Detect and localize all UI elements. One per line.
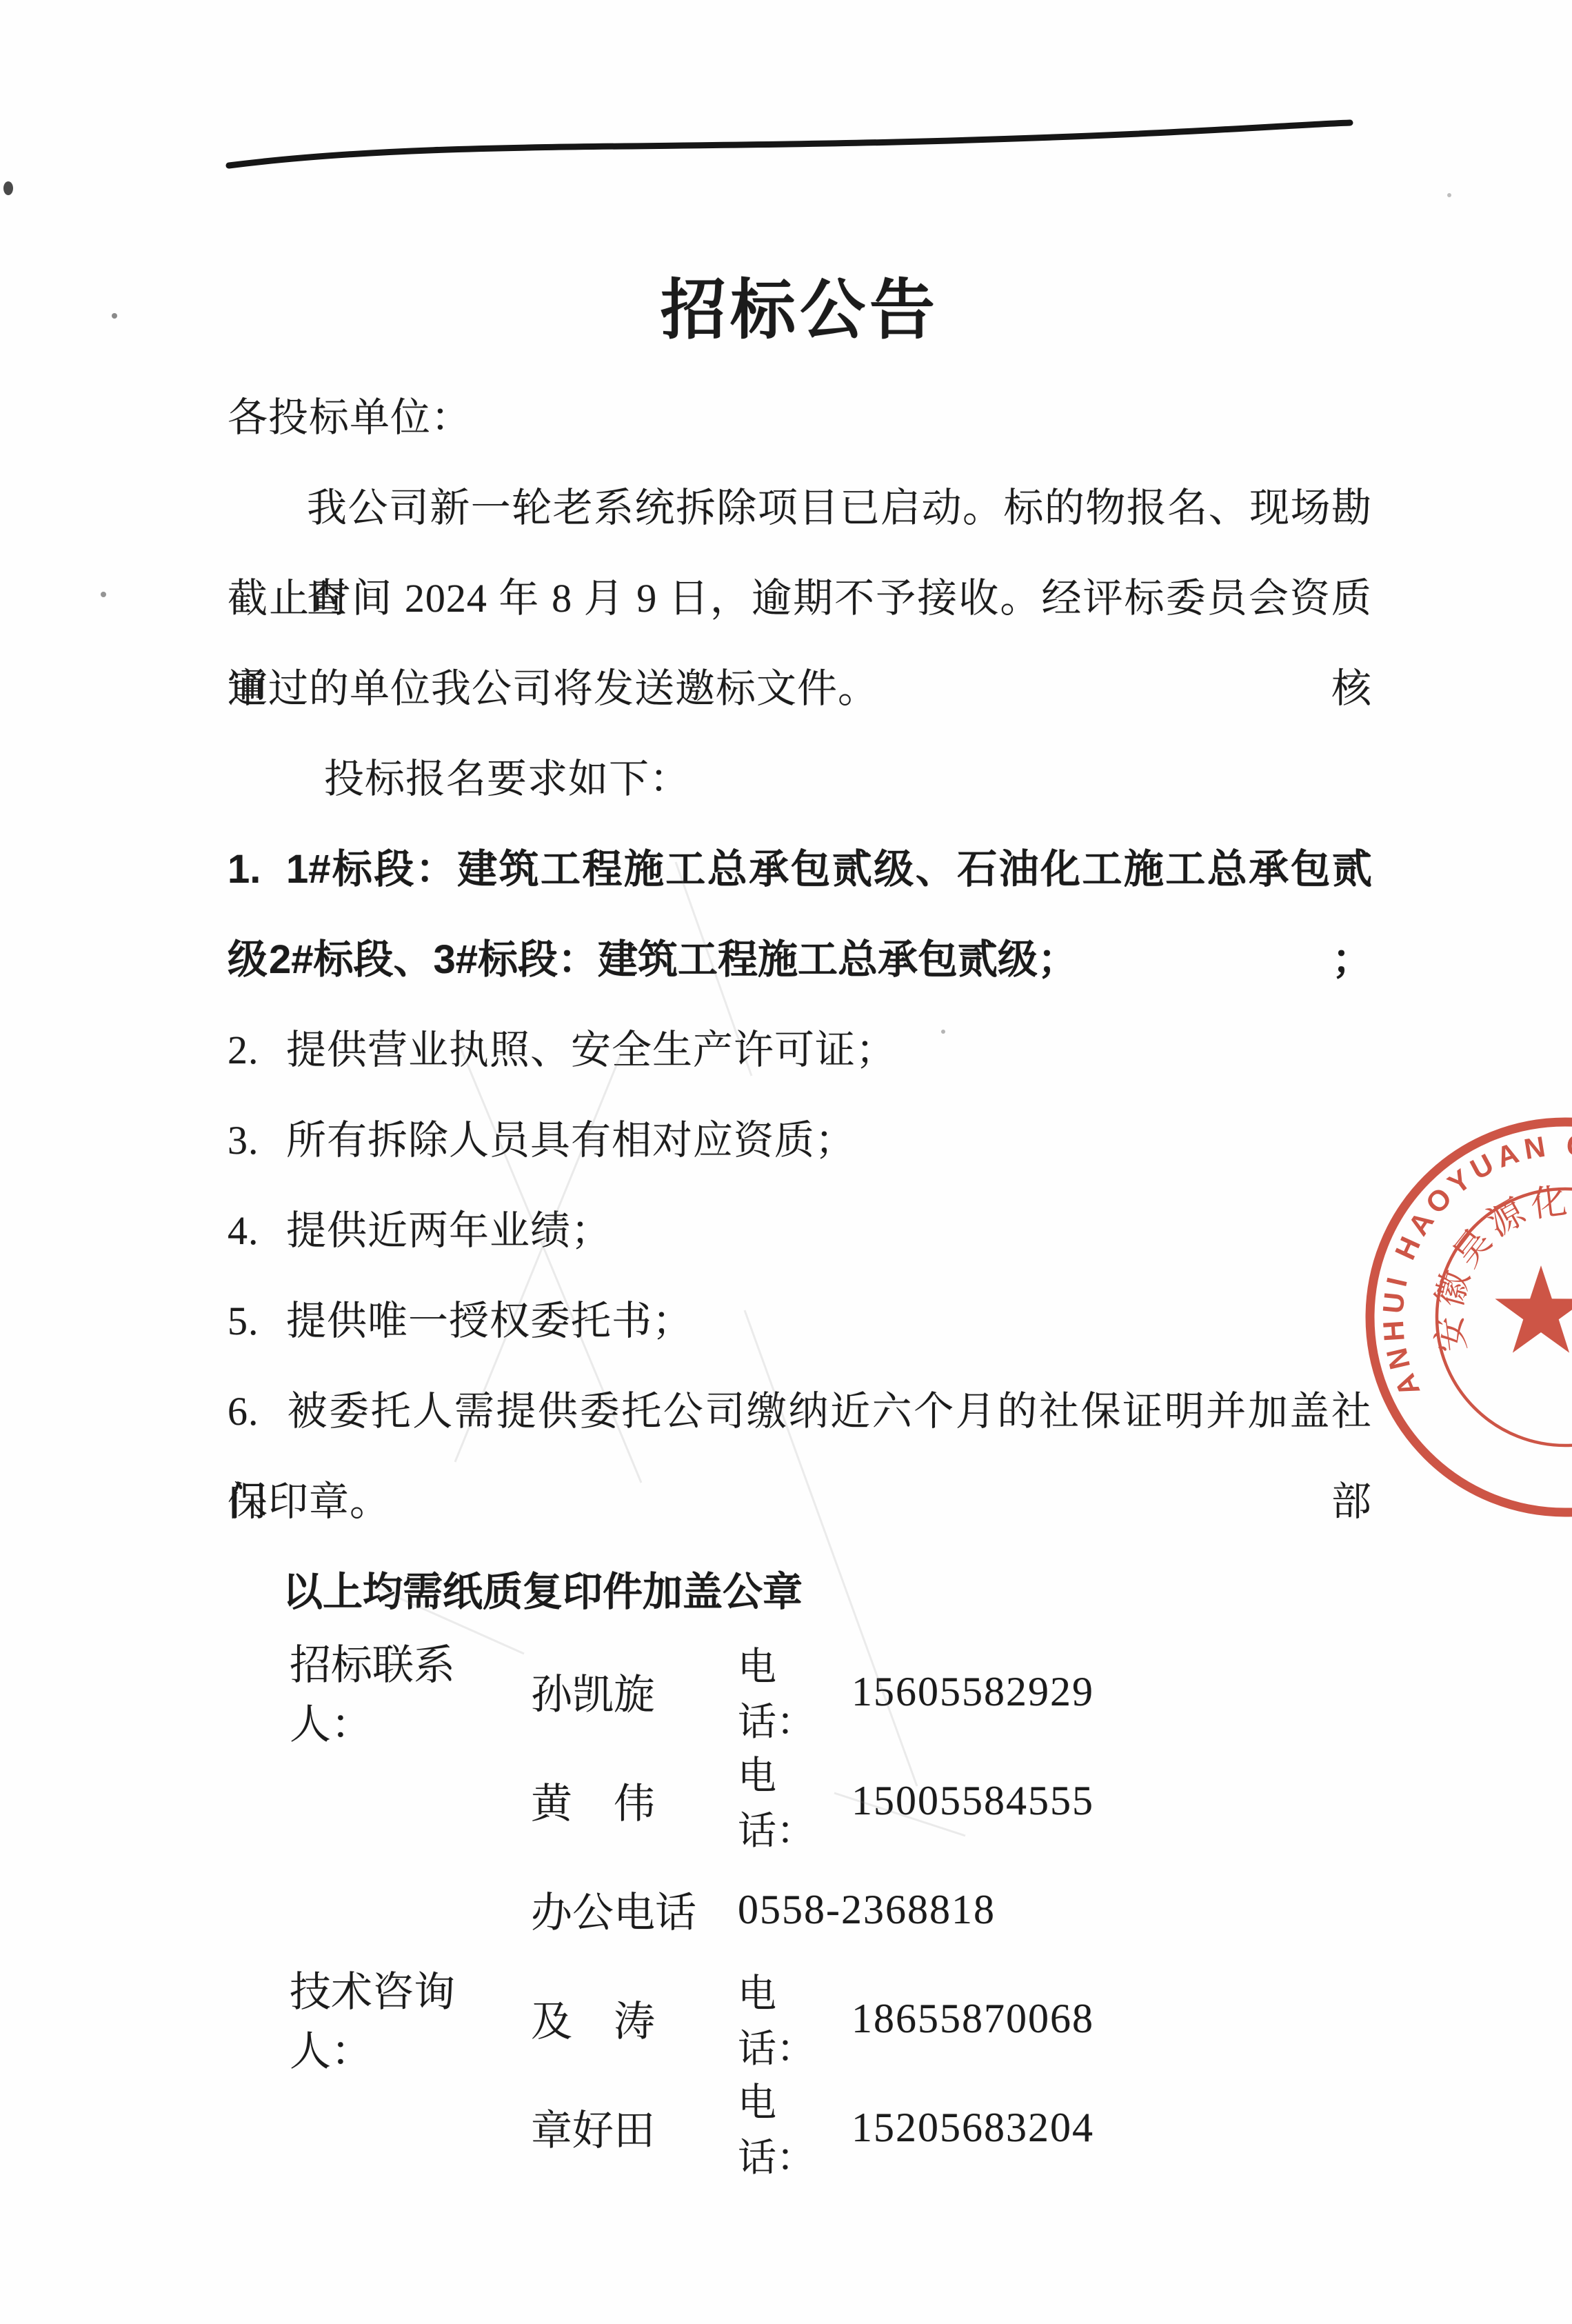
item-number: 5.: [228, 1276, 286, 1366]
list-item: 6.被委托人需提供委托公司缴纳近六个月的社保证明并加盖社保部: [228, 1366, 1372, 1456]
contact-phone-label: 电话：: [738, 1745, 851, 1856]
contact-row: 招标联系人：孙凯旋电话：15605582929: [228, 1637, 1372, 1746]
contact-row: 技术咨询人：及 涛电话：18655870068: [228, 1964, 1372, 2073]
contact-phone-number: 0558-2368818: [738, 1886, 996, 1934]
contact-phone-label: 电话：: [738, 1963, 851, 2074]
item-number: 3.: [228, 1095, 286, 1185]
requirements-heading: 投标报名要求如下：: [228, 734, 1372, 824]
item-text: 提供唯一授权委托书；: [286, 1299, 693, 1343]
note-line: 以上均需纸质复印件加盖公章: [228, 1547, 1372, 1637]
page-title: 招标公告: [228, 259, 1372, 372]
list-item: 5.提供唯一授权委托书；: [228, 1276, 1372, 1366]
list-item: 2.提供营业执照、安全生产许可证；: [228, 1005, 1372, 1095]
document-body: 招标公告 各投标单位： 我公司新一轮老系统拆除项目已启动。标的物报名、现场勘查 …: [228, 259, 1372, 2182]
item-text: 提供营业执照、安全生产许可证；: [286, 1028, 896, 1072]
item-text: 2#标段、3#标段：建筑工程施工总承包贰级；: [269, 937, 1078, 982]
intro-line: 截止时间 2024 年 8 月 9 日，逾期不予接收。经评标委员会资质审核: [228, 553, 1372, 643]
contact-name: 黄 伟: [531, 1771, 738, 1830]
contact-phone-number: 15205683204: [851, 2104, 1094, 2152]
contact-phone-label: 电话：: [738, 1636, 851, 1747]
requirements-list: 1.1#标段：建筑工程施工总承包贰级、石油化工施工总承包贰级；2#标段、3#标段…: [228, 824, 1372, 1547]
contact-label: 招标联系人：: [290, 1632, 531, 1751]
item-number: 6.: [228, 1366, 286, 1456]
list-item: 1.1#标段：建筑工程施工总承包贰级、石油化工施工总承包贰级；: [228, 824, 1372, 914]
contact-label: 技术咨询人：: [290, 1959, 531, 2078]
contact-phone-number: 15605582929: [851, 1668, 1094, 1716]
contact-name: 办公电话: [531, 1880, 738, 1939]
item-number: 2.: [228, 1005, 286, 1095]
item-number: 1.: [228, 824, 286, 914]
document-page: 招标公告 各投标单位： 我公司新一轮老系统拆除项目已启动。标的物报名、现场勘查 …: [0, 0, 1572, 2324]
contact-row: 章好田电话：15205683204: [228, 2073, 1372, 2182]
list-item: 3.所有拆除人员具有相对应资质；: [228, 1095, 1372, 1185]
company-stamp: ANHUI HAOYUAN CHEMICAL 安徽昊源化工集团: [1324, 1076, 1572, 1559]
contact-phone-number: 18655870068: [851, 1995, 1094, 2043]
item-text: 门印章。: [228, 1479, 390, 1524]
item-text: 所有拆除人员具有相对应资质；: [286, 1118, 856, 1163]
salutation-line: 各投标单位：: [228, 372, 1372, 463]
contact-name: 章好田: [531, 2098, 738, 2157]
top-rule-line: [0, 0, 1572, 207]
contact-row: 办公电话0558-2368818: [228, 1855, 1372, 1964]
list-item: 4.提供近两年业绩；: [228, 1185, 1372, 1276]
contact-phone-number: 15005584555: [851, 1777, 1094, 1825]
contact-row: 黄 伟电话：15005584555: [228, 1746, 1372, 1855]
intro-line: 我公司新一轮老系统拆除项目已启动。标的物报名、现场勘查: [228, 463, 1372, 553]
stamp-star-icon: [1495, 1265, 1572, 1353]
contact-phone-label: 电话：: [738, 2072, 851, 2183]
contact-name: 孙凯旋: [531, 1662, 738, 1721]
contact-list: 招标联系人：孙凯旋电话：15605582929黄 伟电话：15005584555…: [228, 1637, 1372, 2182]
item-text: 被委托人需提供委托公司缴纳近六个月的社保证明并加盖社保部: [228, 1389, 1372, 1524]
contact-name: 及 涛: [531, 1989, 738, 2048]
item-number: 4.: [228, 1185, 286, 1276]
item-text: 提供近两年业绩；: [286, 1208, 612, 1253]
